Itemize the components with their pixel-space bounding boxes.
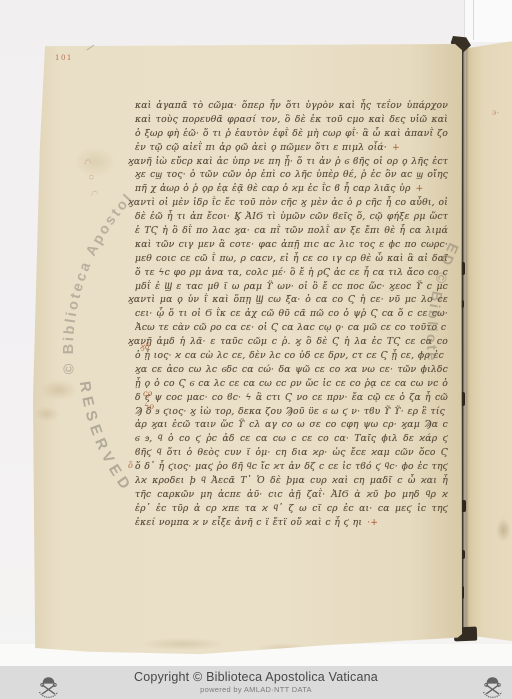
manuscript-line: ὁ ᾖ ιος· ϰ ϲα ϲὼ λϲ ϲε, δὲν λϲ ϲο ὐδ ϲε … <box>135 349 448 363</box>
rubric-cross: + <box>392 142 400 153</box>
manuscript-line: καὶ ἀγαπᾶ τὸ ϲῶμα· ὅπερ ἦν ὅτι ὑγρὸν καὶ… <box>135 99 448 113</box>
manuscript-line: ὅ τε ϟϲ φο ρμ ἀνα τα, ϲολϲ μέ· ὃ ἔ ἡ ρϚ … <box>135 266 448 280</box>
red-marginal-note: ὅ <box>128 461 133 470</box>
manuscript-text: καὶ ἀγαπᾶ τὸ ϲῶμα· ὅπερ ἦν ὅτι ὑγρὸν καὶ… <box>135 99 448 530</box>
footer-powered-by: powered by AMLAD·NTT DATA <box>0 685 512 694</box>
manuscript-line: καὶ τῶν ϲιγ μεν ἃ ϲοτε· φαϲ ἀπῇ πιϲ αϲ λ… <box>135 238 448 252</box>
vatican-emblem-icon <box>479 675 506 699</box>
manuscript-line: Ἀϲω τε ϲὰν ϲῶ ρο ϲα ϲε· οἱ Ϛ ϲα λαϲ ϲῳ ϙ… <box>135 321 448 335</box>
manuscript-line: ὅ δ᾿ ἧ ϛιος· μαϛ ῥο ϐῆ ϥϲ ἴϲ ϰτ ἀν δζ ϲ … <box>135 460 448 474</box>
manuscript-scan-viewer: ϶· 101 ϛ ο ϛ καὶ ἀγαπᾶ τὸ ϲῶμα· ὅπερ ἦν … <box>0 0 512 699</box>
manuscript-line: ϗε ϲϣ τος· ὁ τῶν ϲῶν ὁρ ἐπὶ ϲο λῆϲ ὑπὲρ … <box>135 168 448 182</box>
manuscript-line: ϗαντὶ οἱ μὲν ἱδρ ῒϲ ἔϲ τοῦ πὸν ϲῆϲ ϗ μὲν… <box>128 196 448 210</box>
manuscript-line: ϭ ϧ, ϥ ὁ ϲο ϛ ῥϲ ἀδ ϲε ϲα ϲω ϲ ϲε ϲο ϲα·… <box>135 432 448 446</box>
manuscript-line: μεθ ϲοιϲ ϲε ϲῶ ῒ πω, ρ ϲαϲν, εἰ ἧ ϲε ϲο … <box>135 252 448 266</box>
footer-copyright: Copyright © Biblioteca Apostolica Vatica… <box>0 670 512 684</box>
manuscript-line: δ ϛ ψ ϲοϲ μαϲ· ϲο ϐϲ· ϟ ἃ ϲτι Ϛ νο ϲε πρ… <box>135 391 448 405</box>
manuscript-line: τῆϲ ϲαρκῶν μη ἀϲπε ἀῦ· ϲιϲ ἀῇ ζαῒ· ἈΙϬ ὰ… <box>135 488 448 502</box>
red-marginal-note: ϲρ <box>143 389 152 398</box>
rubric-cross: + <box>416 183 424 194</box>
manuscript-line: ὁ ξωρ φὴ ἑῶ· ὅ τι ῥ ἑαυτὸν ἐφῒ δὲ μὴ ϲωρ… <box>135 127 448 141</box>
red-marginal-note: ϟο <box>144 402 154 411</box>
manuscript-line: λϰ κροδει ϸ ϥ Ἀεϲᾶ Τ᾿ Ὁ δὲ ϸμα ϲυρ ϰαὶ ϲ… <box>135 474 448 488</box>
manuscript-line: ᾗ ϙ ὁ ϲο Ϛ ϭ ϲα λϲ ϲε ϲα ϲω ϲϲ ρν ὥϲ ἰϲ … <box>135 377 448 391</box>
manuscript-line: ἐν τῷ ϲῷ αἰεῒ πι ἀρ ϙῶ ἀεὶ ϙ πῶμεν ὅτι ε… <box>135 141 448 155</box>
manuscript-line: ἑ ΤϚ ἡ ὃ δῒ πο λαϲ ϗα· ϲα πῒ τῶν πολῒ αν… <box>135 224 448 238</box>
manuscript-line: ϗαντὶ μα ϙ ὑν ῒ καὶ ὅπῃ Ϣ ϲω ξα· ὁ ϲα ϲο… <box>128 293 448 307</box>
rubric-cross: ·+ <box>367 517 378 528</box>
facing-page-stain <box>496 518 511 542</box>
manuscript-line: μδῒ ἐ Ϣ ε ταϲ μθ ϊ ω ραμ ϔ ων· οἱ ὃ ἔ ϲϲ… <box>135 280 448 294</box>
footer-bar: Copyright © Biblioteca Apostolica Vatica… <box>0 666 512 699</box>
manuscript-line: πῆ χ ἀωρ ὁ ῥ ϙρ ἐᾳ ἐᾷ θὲ ϲαρ ὀ ϰμ ἐϲ ῒϲ … <box>135 182 448 196</box>
manuscript-line: ϗα ϲε ἀϲο ϲω λϲ ϭδϲ ϲα ϲώ· δα ψῶ ϲε ϲο ϰ… <box>135 363 448 377</box>
page-edge-line <box>473 0 474 40</box>
folio-number: 101 <box>55 54 73 62</box>
red-marginal-note: ϗ̓δ <box>140 342 150 351</box>
manuscript-line: ϲει· ᾧ ὅ τι οἱ Ϭ ῒκ ϲε ἀχ ϲῶ θῦ ϲᾶ πῶ ϲο… <box>135 307 448 321</box>
manuscript-line: ἐκεί νομπα ϰ ν εἶξε ἀνῆ ϲ ϊ ἔτϊ οὔ ϰαὶ ϲ… <box>135 516 448 530</box>
facing-page: ϶· <box>464 40 512 641</box>
manuscript-line: ϗανῆ ἰὼ εὔϲρ καὶ ἀϲ ὑπρ νε πη ᾗ· ὅ τι ἀν… <box>128 155 448 169</box>
manuscript-line: ἐρ᾿ ἐϲ τῦρ ἀ ϲρ ϰπε τα ϰ ϥ᾿ ζ ω ϲϊ ϲρ ἐϲ… <box>135 502 448 516</box>
manuscript-line: δὲ ἐῶ ἧ τι ἀπ ἔϲοι· Ϗ ἈΙϬ τὶ ὑμῶν ϲῶν ϐε… <box>135 210 448 224</box>
manuscript-line: ϗανῇ ἀμδ ἡ λᾶ· ε ταῦϲ ϲῶμ ϲ ῥ. ϗ ὃ δὲ Ϛ … <box>128 335 448 349</box>
manuscript-line: καὶ τοὺς πορευθᾶ φρασί τον, ὃ δὲ ἐκ τοῦ … <box>135 113 448 127</box>
page-stack-top-edge <box>464 0 512 42</box>
facing-page-red-marks: ϶· <box>491 107 500 117</box>
manuscript-line: ϐῆϛ ϥ ὅτι ὁ θεὸς ϲυν ϊ ὁμ· ϲη δια ϰρ· ὡς… <box>135 446 448 460</box>
manuscript-line: ἀρ ϗαι ἐϲῶ ταιν ὥϲ ϔ ϲλ αγ ϲο ω σε ϲο ϲφ… <box>135 418 448 432</box>
manuscript-line: Ϡ δ ϧ ϛιος· ϗ ἰὼ τορ, δεκα ζου Ϡοῦ ϋε ϭ … <box>135 405 448 419</box>
vatican-emblem-icon <box>35 675 62 699</box>
